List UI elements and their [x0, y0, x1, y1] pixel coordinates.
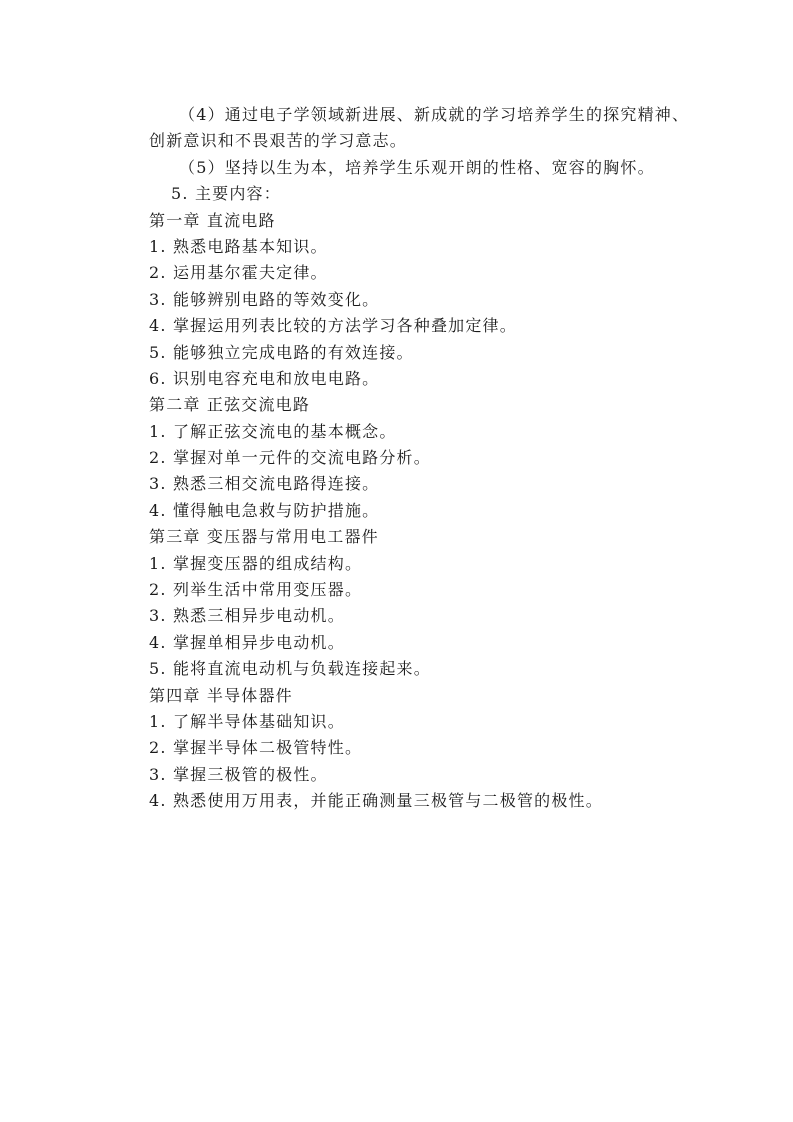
document-body: （4）通过电子学领域新进展、新成就的学习培养学生的探究精神、 创新意识和不畏艰苦… — [149, 102, 659, 815]
objective-5: （5）坚持以生为本，培养学生乐观开朗的性格、宽容的胸怀。 — [149, 155, 659, 181]
list-item: 3. 掌握三极管的极性。 — [149, 762, 659, 788]
list-item: 3. 熟悉三相交流电路得连接。 — [149, 471, 659, 497]
chapter-title: 第三章 变压器与常用电工器件 — [149, 524, 659, 550]
list-item: 3. 熟悉三相异步电动机。 — [149, 603, 659, 629]
chapter-title: 第四章 半导体器件 — [149, 683, 659, 709]
objective-4-line-2: 创新意识和不畏艰苦的学习意志。 — [149, 128, 659, 154]
list-item: 4. 掌握运用列表比较的方法学习各种叠加定律。 — [149, 313, 659, 339]
main-content-heading: 5. 主要内容： — [149, 181, 659, 207]
list-item: 4. 掌握单相异步电动机。 — [149, 630, 659, 656]
list-item: 1. 了解正弦交流电的基本概念。 — [149, 419, 659, 445]
document-page: （4）通过电子学领域新进展、新成就的学习培养学生的探究精神、 创新意识和不畏艰苦… — [0, 0, 793, 1122]
list-item: 4. 懂得触电急救与防护措施。 — [149, 498, 659, 524]
list-item: 6. 识别电容充电和放电电路。 — [149, 366, 659, 392]
list-item: 4. 熟悉使用万用表，并能正确测量三极管与二极管的极性。 — [149, 788, 659, 814]
chapter-3: 第三章 变压器与常用电工器件 1. 掌握变压器的组成结构。 2. 列举生活中常用… — [149, 524, 659, 682]
list-item: 2. 列举生活中常用变压器。 — [149, 577, 659, 603]
list-item: 3. 能够辨别电路的等效变化。 — [149, 287, 659, 313]
list-item: 5. 能将直流电动机与负载连接起来。 — [149, 656, 659, 682]
list-item: 2. 掌握半导体二极管特性。 — [149, 735, 659, 761]
list-item: 1. 了解半导体基础知识。 — [149, 709, 659, 735]
list-item: 5. 能够独立完成电路的有效连接。 — [149, 340, 659, 366]
list-item: 1. 熟悉电路基本知识。 — [149, 234, 659, 260]
list-item: 2. 运用基尔霍夫定律。 — [149, 260, 659, 286]
chapter-2: 第二章 正弦交流电路 1. 了解正弦交流电的基本概念。 2. 掌握对单一元件的交… — [149, 392, 659, 524]
list-item: 2. 掌握对单一元件的交流电路分析。 — [149, 445, 659, 471]
chapter-4: 第四章 半导体器件 1. 了解半导体基础知识。 2. 掌握半导体二极管特性。 3… — [149, 683, 659, 815]
chapter-title: 第一章 直流电路 — [149, 208, 659, 234]
objective-4-line-1: （4）通过电子学领域新进展、新成就的学习培养学生的探究精神、 — [149, 102, 659, 128]
chapter-title: 第二章 正弦交流电路 — [149, 392, 659, 418]
chapter-1: 第一章 直流电路 1. 熟悉电路基本知识。 2. 运用基尔霍夫定律。 3. 能够… — [149, 208, 659, 393]
list-item: 1. 掌握变压器的组成结构。 — [149, 551, 659, 577]
